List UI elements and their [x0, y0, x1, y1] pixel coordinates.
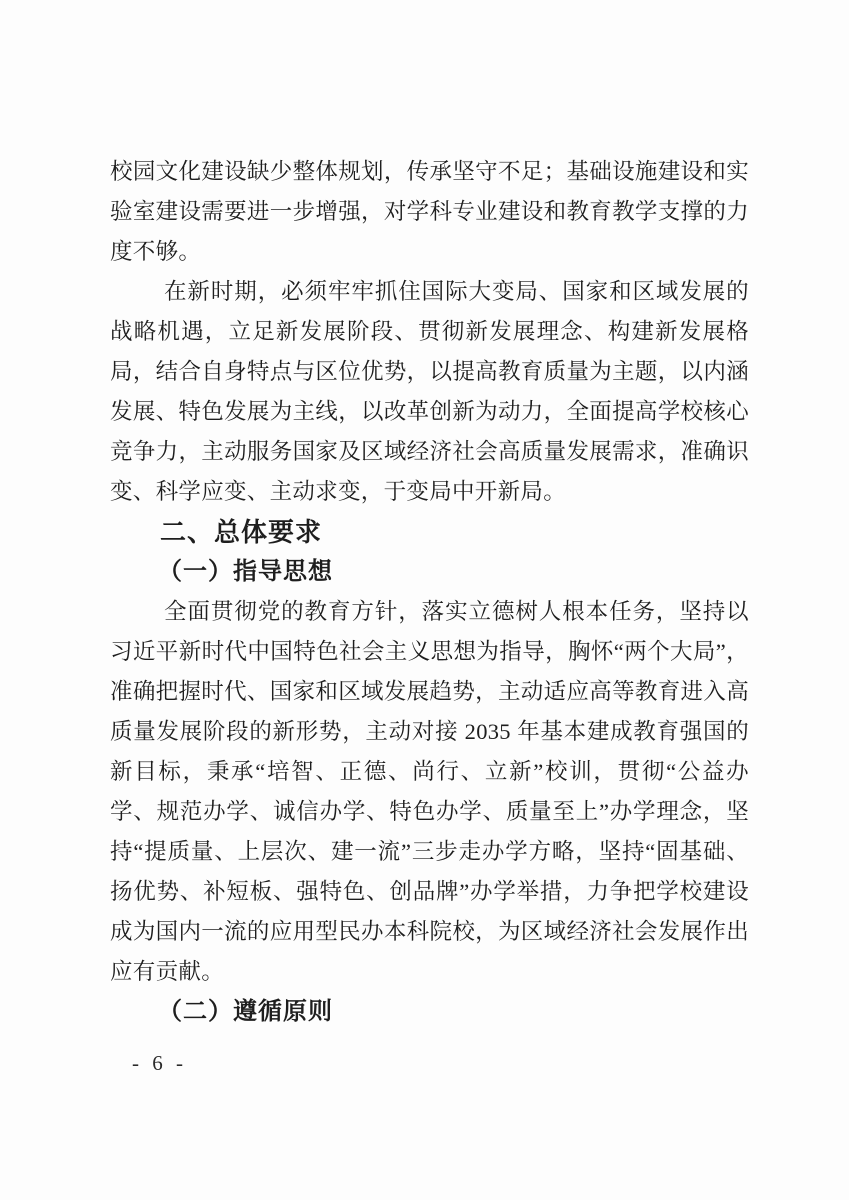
- page-number: - 6 -: [132, 1048, 187, 1078]
- paragraph-guiding-ideology-body: 全面贯彻党的教育方针，落实立德树人根本任务，坚持以习近平新时代中国特色社会主义思…: [110, 592, 749, 992]
- document-content: 校园文化建设缺少整体规划，传承坚守不足；基础设施建设和实验室建设需要进一步增强，…: [110, 152, 749, 1032]
- document-page: 校园文化建设缺少整体规划，传承坚守不足；基础设施建设和实验室建设需要进一步增强，…: [0, 0, 849, 1200]
- subsection-heading-guiding-ideology: （一）指导思想: [110, 552, 749, 592]
- subsection-heading-principles: （二）遵循原则: [110, 992, 749, 1032]
- paragraph-new-era: 在新时期，必须牢牢抓住国际大变局、国家和区域发展的战略机遇，立足新发展阶段、贯彻…: [110, 272, 749, 512]
- paragraph-campus-culture: 校园文化建设缺少整体规划，传承坚守不足；基础设施建设和实验室建设需要进一步增强，…: [110, 152, 749, 272]
- section-heading-overall-requirements: 二、总体要求: [110, 512, 749, 552]
